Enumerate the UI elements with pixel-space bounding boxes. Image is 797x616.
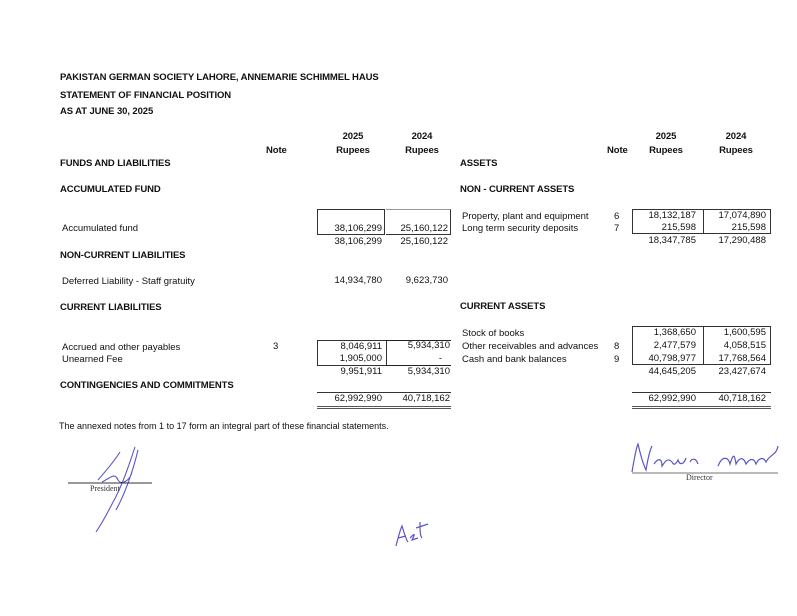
other-receivables-label: Other receivables and advances xyxy=(462,341,598,352)
ppe-2025: 18,132,187 xyxy=(630,210,696,221)
accumulated-fund-subtotal-2024: 25,160,122 xyxy=(382,236,448,247)
statement-title: STATEMENT OF FINANCIAL POSITION xyxy=(60,90,231,101)
right-year-2024-header: 2024 xyxy=(713,131,759,142)
left-total-2024: 40,718,162 xyxy=(384,393,450,404)
cash-bank-note: 9 xyxy=(614,354,619,365)
other-receivables-note: 8 xyxy=(614,341,619,352)
stock-of-books-2024: 1,600,595 xyxy=(700,327,766,338)
non-current-assets-subtotal-2025: 18,347,785 xyxy=(630,235,696,246)
right-total-2025: 62,992,990 xyxy=(630,393,696,404)
left-year-2024-header: 2024 xyxy=(399,131,445,142)
accrued-payables-note: 3 xyxy=(273,341,278,352)
accumulated-fund-heading: ACCUMULATED FUND xyxy=(60,184,161,195)
initials-mark xyxy=(390,512,435,552)
ppe-2024: 17,074,890 xyxy=(700,210,766,221)
left-currency-2025-header: Rupees xyxy=(330,145,376,156)
deferred-liability-2024: 9,623,730 xyxy=(382,275,448,286)
unearned-fee-label: Unearned Fee xyxy=(62,354,123,365)
right-total-2024: 40,718,162 xyxy=(700,393,766,404)
security-deposits-label: Long term security deposits xyxy=(462,223,578,234)
director-signature xyxy=(628,440,793,475)
cash-bank-label: Cash and bank balances xyxy=(462,354,567,365)
unearned-fee-2024: - xyxy=(376,353,442,364)
current-assets-subtotal-2025: 44,645,205 xyxy=(630,366,696,377)
accumulated-fund-subtotal-2025: 38,106,299 xyxy=(316,236,382,247)
unearned-fee-2025: 1,905,000 xyxy=(316,353,382,364)
security-deposits-2024: 215,598 xyxy=(700,222,766,233)
security-deposits-note: 7 xyxy=(614,223,619,234)
funds-and-liabilities-title: FUNDS AND LIABILITIES xyxy=(60,158,171,169)
accrued-payables-2025: 8,046,911 xyxy=(316,341,382,352)
right-year-2025-header: 2025 xyxy=(643,131,689,142)
current-liabilities-subtotal-2024: 5,934,310 xyxy=(384,366,450,377)
non-current-liabilities-heading: NON-CURRENT LIABILITIES xyxy=(60,250,185,261)
assets-title: ASSETS xyxy=(460,158,497,169)
left-currency-2024-header: Rupees xyxy=(399,145,445,156)
left-total-2025: 62,992,990 xyxy=(316,393,382,404)
non-current-assets-subtotal-2024: 17,290,488 xyxy=(700,235,766,246)
accumulated-fund-2025: 38,106,299 xyxy=(316,223,382,234)
current-assets-subtotal-2024: 23,427,674 xyxy=(700,366,766,377)
ppe-note: 6 xyxy=(614,211,619,222)
right-currency-2025-header: Rupees xyxy=(643,145,689,156)
other-receivables-2024: 4,058,515 xyxy=(700,340,766,351)
accumulated-fund-label: Accumulated fund xyxy=(62,223,138,234)
left-year-2025-header: 2025 xyxy=(330,131,376,142)
cash-bank-2024: 17,768,564 xyxy=(700,353,766,364)
ppe-label: Property, plant and equipment xyxy=(462,211,589,222)
non-current-assets-heading: NON - CURRENT ASSETS xyxy=(460,184,574,195)
accumulated-fund-2024: 25,160,122 xyxy=(382,223,448,234)
current-liabilities-heading: CURRENT LIABILITIES xyxy=(60,302,162,313)
deferred-liability-2025: 14,934,780 xyxy=(316,275,382,286)
president-label: President xyxy=(90,484,120,493)
cash-bank-2025: 40,798,977 xyxy=(630,353,696,364)
security-deposits-2025: 215,598 xyxy=(630,222,696,233)
contingencies-heading: CONTINGENCIES AND COMMITMENTS xyxy=(60,380,234,391)
deferred-liability-label: Deferred Liability - Staff gratuity xyxy=(62,276,195,287)
accrued-payables-label: Accrued and other payables xyxy=(62,342,180,353)
statement-date: AS AT JUNE 30, 2025 xyxy=(60,106,153,117)
current-liabilities-subtotal-2025: 9,951,911 xyxy=(316,366,382,377)
right-note-header: Note xyxy=(607,145,628,156)
current-assets-heading: CURRENT ASSETS xyxy=(460,301,545,312)
left-note-header: Note xyxy=(266,145,287,156)
stock-of-books-2025: 1,368,650 xyxy=(630,327,696,338)
stock-of-books-label: Stock of books xyxy=(462,328,524,339)
notes-statement: The annexed notes from 1 to 17 form an i… xyxy=(59,421,389,431)
other-receivables-2025: 2,477,579 xyxy=(630,340,696,351)
accrued-payables-2024: 5,934,310 xyxy=(384,340,450,351)
right-currency-2024-header: Rupees xyxy=(713,145,759,156)
organization-name: PAKISTAN GERMAN SOCIETY LAHORE, ANNEMARI… xyxy=(60,72,379,83)
director-label: Director xyxy=(686,473,713,482)
